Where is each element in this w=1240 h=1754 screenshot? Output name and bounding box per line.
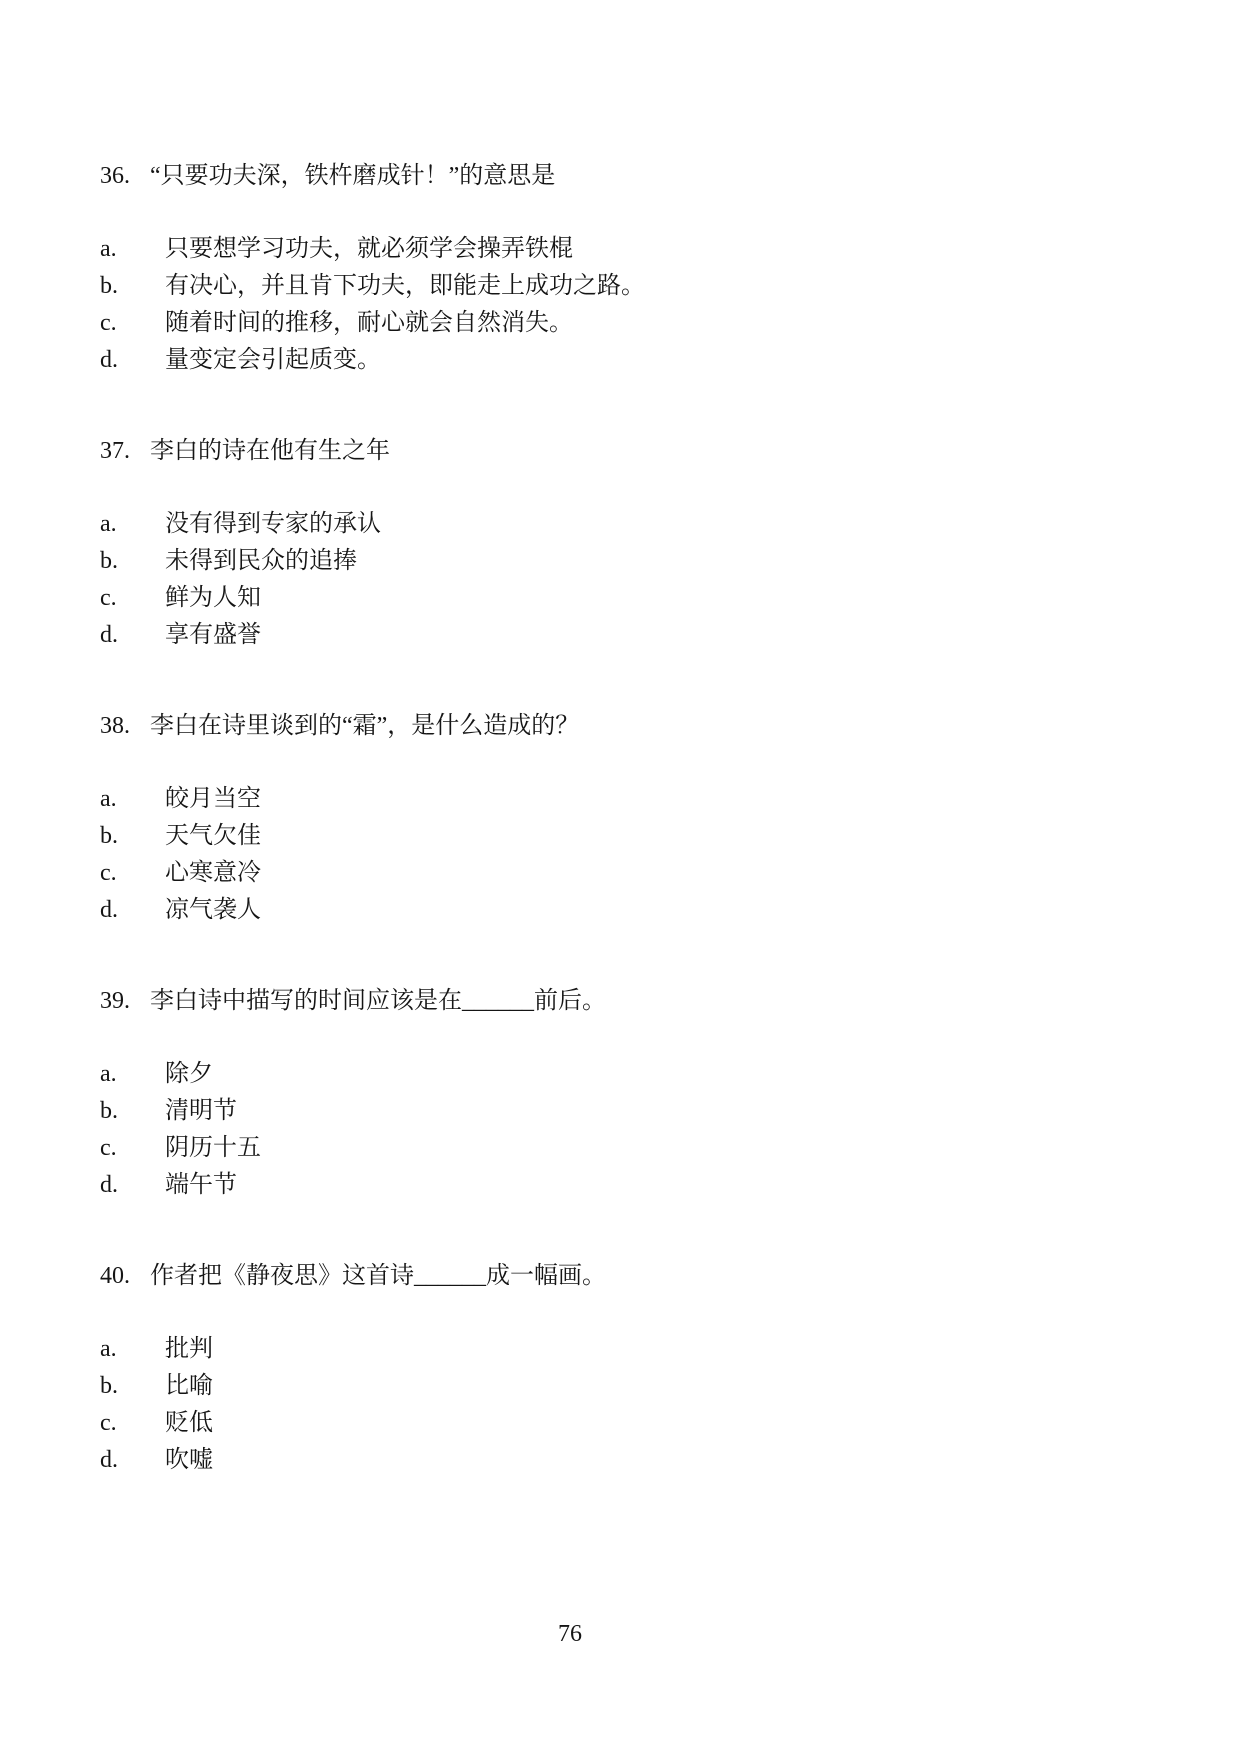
option-text: 除夕	[165, 1056, 1180, 1093]
option-text: 随着时间的推移，耐心就会自然消失。	[165, 305, 1180, 342]
question-number: 38.	[100, 708, 150, 745]
question-37-option-a: a. 没有得到专家的承认	[100, 506, 1180, 543]
question-number: 37.	[100, 433, 150, 470]
question-40-option-b: b. 比喻	[100, 1368, 1180, 1405]
question-40-option-c: c. 贬低	[100, 1405, 1180, 1442]
option-text: 心寒意冷	[165, 855, 1180, 892]
option-text: 享有盛誉	[165, 617, 1180, 654]
question-text: 李白的诗在他有生之年	[150, 433, 1180, 470]
question-38-header: 38. 李白在诗里谈到的“霜”，是什么造成的？	[100, 708, 1180, 745]
option-text: 量变定会引起质变。	[165, 342, 1180, 379]
question-40-option-a: a. 批判	[100, 1331, 1180, 1368]
option-letter: d.	[100, 1167, 165, 1204]
question-text: 作者把《静夜思》这首诗______成一幅画。	[150, 1258, 1180, 1295]
option-text: 未得到民众的追捧	[165, 543, 1180, 580]
option-letter: a.	[100, 1331, 165, 1368]
option-letter: d.	[100, 1442, 165, 1479]
option-text: 只要想学习功夫，就必须学会操弄铁棍	[165, 231, 1180, 268]
option-text: 批判	[165, 1331, 1180, 1368]
question-38: 38. 李白在诗里谈到的“霜”，是什么造成的？ a. 皎月当空 b. 天气欠佳 …	[100, 708, 1180, 929]
question-39-option-a: a. 除夕	[100, 1056, 1180, 1093]
option-text: 有决心，并且肯下功夫，即能走上成功之路。	[165, 268, 1180, 305]
question-number: 36.	[100, 158, 150, 195]
question-37-option-d: d. 享有盛誉	[100, 617, 1180, 654]
option-letter: a.	[100, 781, 165, 818]
question-text: “只要功夫深，铁杵磨成针！”的意思是	[150, 158, 1180, 195]
option-letter: c.	[100, 305, 165, 342]
option-letter: c.	[100, 1130, 165, 1167]
question-39: 39. 李白诗中描写的时间应该是在______前后。 a. 除夕 b. 清明节 …	[100, 983, 1180, 1204]
option-text: 清明节	[165, 1093, 1180, 1130]
option-letter: a.	[100, 506, 165, 543]
question-36-option-a: a. 只要想学习功夫，就必须学会操弄铁棍	[100, 231, 1180, 268]
option-text: 皎月当空	[165, 781, 1180, 818]
question-40-option-d: d. 吹嘘	[100, 1442, 1180, 1479]
question-40-header: 40. 作者把《静夜思》这首诗______成一幅画。	[100, 1258, 1180, 1295]
question-number: 40.	[100, 1258, 150, 1295]
question-38-option-c: c. 心寒意冷	[100, 855, 1180, 892]
question-text: 李白诗中描写的时间应该是在______前后。	[150, 983, 1180, 1020]
test-page-content: 36. “只要功夫深，铁杵磨成针！”的意思是 a. 只要想学习功夫，就必须学会操…	[0, 0, 1240, 1479]
option-text: 端午节	[165, 1167, 1180, 1204]
question-36-option-c: c. 随着时间的推移，耐心就会自然消失。	[100, 305, 1180, 342]
option-letter: a.	[100, 231, 165, 268]
option-letter: b.	[100, 1368, 165, 1405]
option-letter: d.	[100, 892, 165, 929]
question-text: 李白在诗里谈到的“霜”，是什么造成的？	[150, 708, 1180, 745]
question-37-option-c: c. 鲜为人知	[100, 580, 1180, 617]
question-38-option-d: d. 凉气袭人	[100, 892, 1180, 929]
option-text: 阴历十五	[165, 1130, 1180, 1167]
question-38-option-b: b. 天气欠佳	[100, 818, 1180, 855]
option-letter: c.	[100, 855, 165, 892]
option-text: 鲜为人知	[165, 580, 1180, 617]
option-letter: b.	[100, 818, 165, 855]
option-letter: d.	[100, 617, 165, 654]
option-text: 吹嘘	[165, 1442, 1180, 1479]
page-number: 76	[0, 1616, 1140, 1653]
option-letter: b.	[100, 543, 165, 580]
option-letter: a.	[100, 1056, 165, 1093]
option-letter: c.	[100, 1405, 165, 1442]
question-36-header: 36. “只要功夫深，铁杵磨成针！”的意思是	[100, 158, 1180, 195]
option-text: 没有得到专家的承认	[165, 506, 1180, 543]
question-39-option-d: d. 端午节	[100, 1167, 1180, 1204]
question-39-option-c: c. 阴历十五	[100, 1130, 1180, 1167]
option-letter: c.	[100, 580, 165, 617]
question-39-option-b: b. 清明节	[100, 1093, 1180, 1130]
option-letter: b.	[100, 1093, 165, 1130]
option-letter: d.	[100, 342, 165, 379]
question-36-option-d: d. 量变定会引起质变。	[100, 342, 1180, 379]
question-36-option-b: b. 有决心，并且肯下功夫，即能走上成功之路。	[100, 268, 1180, 305]
question-37-header: 37. 李白的诗在他有生之年	[100, 433, 1180, 470]
option-text: 比喻	[165, 1368, 1180, 1405]
question-37-option-b: b. 未得到民众的追捧	[100, 543, 1180, 580]
question-40: 40. 作者把《静夜思》这首诗______成一幅画。 a. 批判 b. 比喻 c…	[100, 1258, 1180, 1479]
question-38-option-a: a. 皎月当空	[100, 781, 1180, 818]
option-letter: b.	[100, 268, 165, 305]
option-text: 凉气袭人	[165, 892, 1180, 929]
question-36: 36. “只要功夫深，铁杵磨成针！”的意思是 a. 只要想学习功夫，就必须学会操…	[100, 158, 1180, 379]
question-39-header: 39. 李白诗中描写的时间应该是在______前后。	[100, 983, 1180, 1020]
option-text: 天气欠佳	[165, 818, 1180, 855]
option-text: 贬低	[165, 1405, 1180, 1442]
question-number: 39.	[100, 983, 150, 1020]
question-37: 37. 李白的诗在他有生之年 a. 没有得到专家的承认 b. 未得到民众的追捧 …	[100, 433, 1180, 654]
